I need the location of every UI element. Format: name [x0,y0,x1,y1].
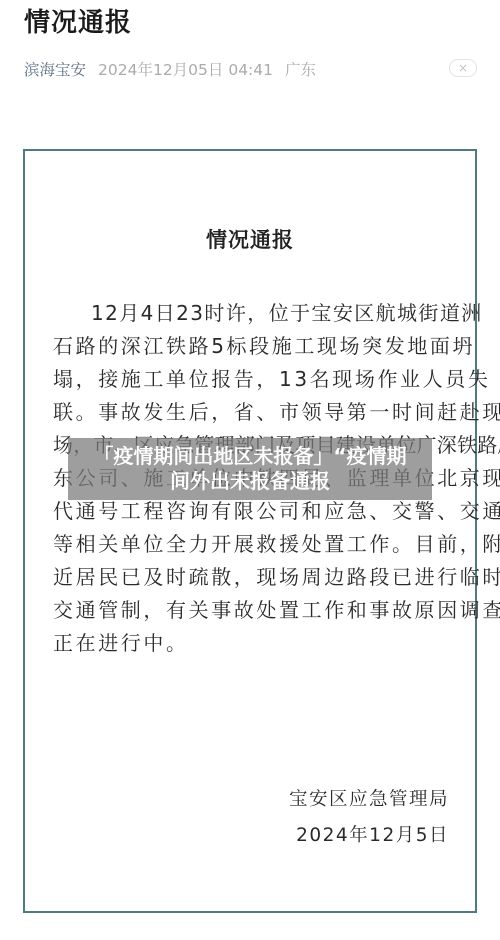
notice-image: 情况通报 12月4日23时许，位于宝安区航城街道洲 石路的深江铁路5标段施工现场… [23,149,477,913]
article-meta: 滨海宝安 2024年12月05日 04:41 广东 [24,57,316,81]
notice-line: 塌，接施工单位报告，13名现场作业人员失 [53,363,457,396]
notice-date: 2024年12月5日 [289,818,449,854]
publish-datetime: 2024年12月05日 04:41 [98,58,273,80]
overlay-line-2: 间外出未报备通报 [170,469,330,494]
notice-title: 情况通报 [25,224,475,254]
notice-line: 正在进行中。 [53,627,457,660]
close-button[interactable]: × [449,59,477,77]
notice-line: 等相关单位全力开展救援处置工作。目前，附 [53,528,457,561]
overlay-line-1: 「疫情期间出地区未报备」“疫情期 [93,444,406,469]
article-page: 情况通报 滨海宝安 2024年12月05日 04:41 广东 × 情况通报 12… [0,0,500,940]
notice-line: 石路的深江铁路5标段施工现场突发地面坍 [53,330,457,363]
notice-line: 近居民已及时疏散，现场周边路段已进行临时 [53,561,457,594]
article-title: 情况通报 [24,7,132,39]
notice-line: 12月4日23时许，位于宝安区航城街道洲 [53,297,457,330]
notice-line: 交通管制，有关事故处置工作和事故原因调查 [53,594,457,627]
close-icon: × [458,62,468,74]
headline-overlay-banner: 「疫情期间出地区未报备」“疫情期 间外出未报备通报 [68,438,432,500]
issuing-authority: 宝安区应急管理局 [289,782,449,818]
publish-region: 广东 [285,58,316,80]
author-name[interactable]: 滨海宝安 [24,58,86,80]
notice-signature-block: 宝安区应急管理局 2024年12月5日 [289,782,449,854]
notice-line: 联。事故发生后，省、市领导第一时间赶赴现 [53,396,457,429]
